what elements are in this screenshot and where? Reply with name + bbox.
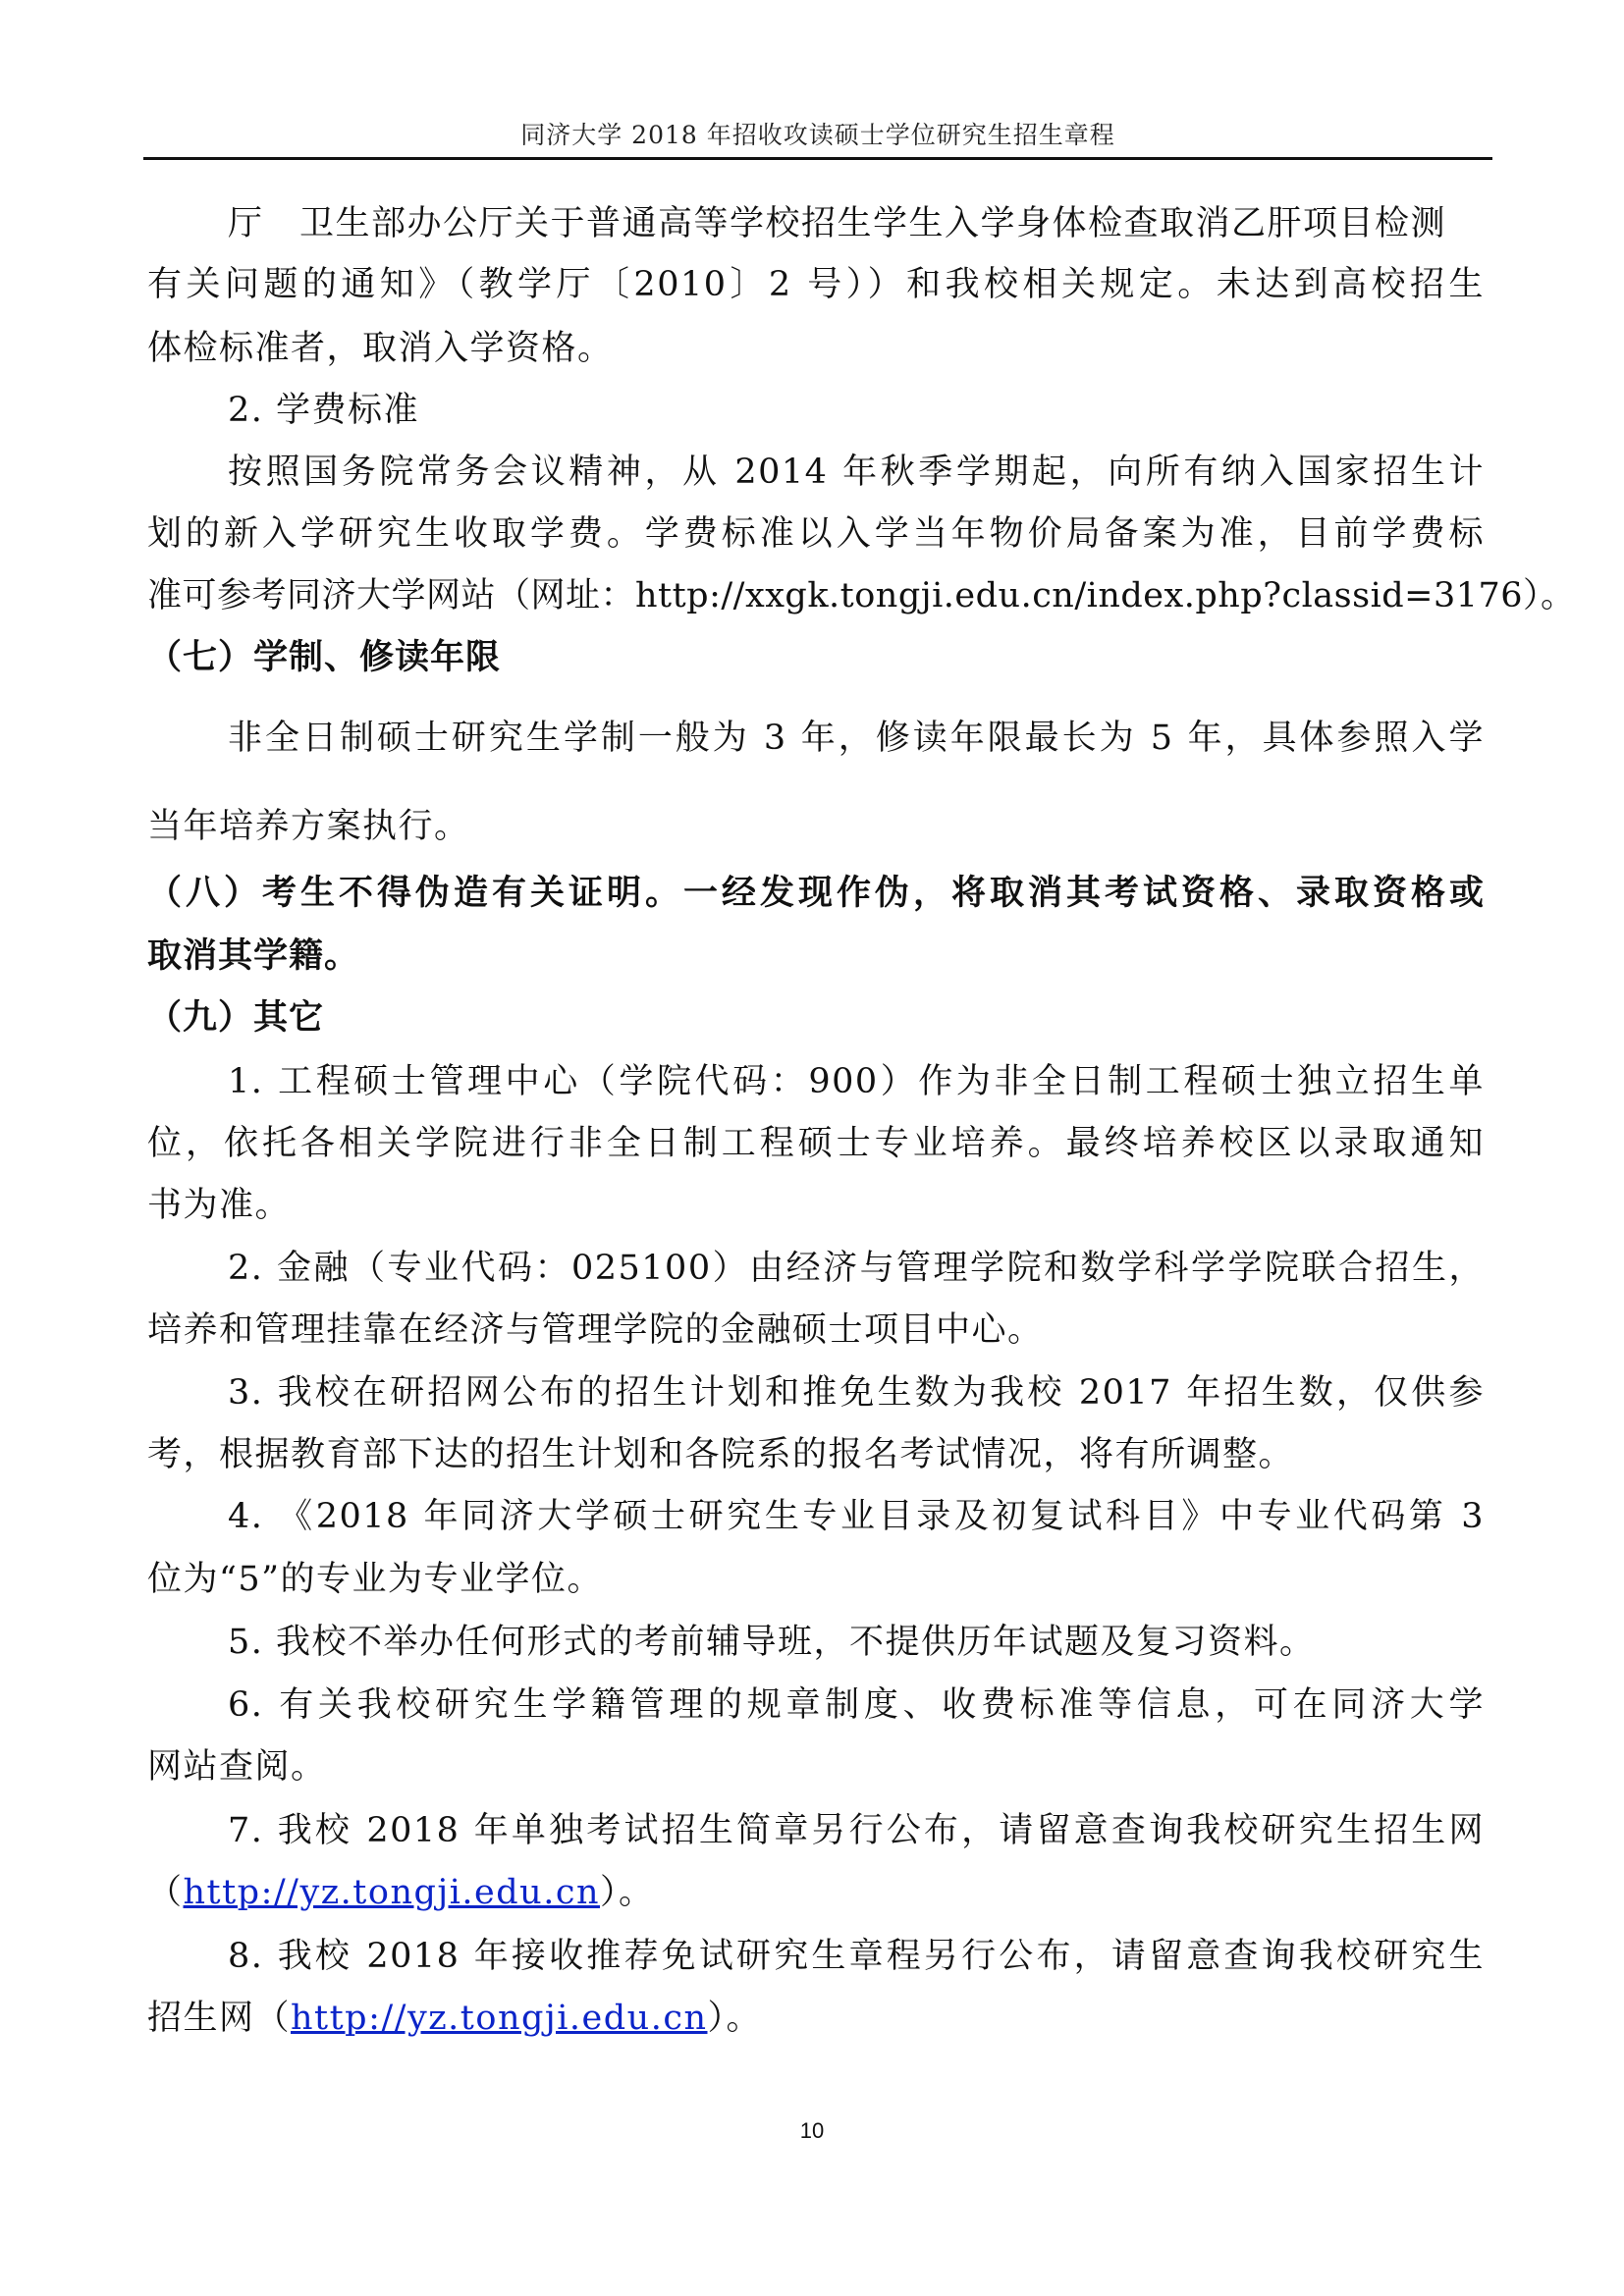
- paragraph-line: 划的新入学研究生收取学费。学费标准以入学当年物价局备案为准，目前学费标: [147, 512, 1485, 556]
- section-heading: （九）其它: [147, 996, 1485, 1040]
- paragraph-line: 1. 工程硕士管理中心（学院代码：900）作为非全日制工程硕士独立招生单: [147, 1060, 1485, 1103]
- paragraph-line: 7. 我校 2018 年单独考试招生简章另行公布，请留意查询我校研究生招生网: [147, 1809, 1485, 1852]
- paragraph-line: 按照国务院常务会议精神，从 2014 年秋季学期起，向所有纳入国家招生计: [147, 451, 1485, 494]
- paragraph-line: 体检标准者，取消入学资格。: [147, 327, 1485, 370]
- link-suffix: ）。: [708, 1999, 763, 2038]
- paragraph-line: （http://yz.tongji.edu.cn）。: [147, 1871, 1485, 1914]
- paragraph-line: 当年培养方案执行。: [147, 805, 1485, 848]
- link-prefix: 招生网（: [147, 1999, 291, 2038]
- section-heading: 取消其学籍。: [147, 934, 1485, 978]
- admissions-site-link[interactable]: http://yz.tongji.edu.cn: [184, 1873, 600, 1912]
- link-prefix: （: [147, 1873, 184, 1912]
- header-title: 同济大学 2018 年招收攻读硕士学位研究生招生章程: [143, 116, 1492, 151]
- paragraph-line: 2. 金融（专业代码：025100）由经济与管理学院和数学科学学院联合招生，: [147, 1247, 1485, 1290]
- subsection-heading: 2. 学费标准: [147, 389, 1485, 432]
- paragraph-line: 书为准。: [147, 1184, 1485, 1227]
- paragraph-line: 准可参考同济大学网站（网址：http://xxgk.tongji.edu.cn/…: [147, 574, 1485, 617]
- paragraph-line: 6. 有关我校研究生学籍管理的规章制度、收费标准等信息，可在同济大学: [147, 1683, 1485, 1727]
- admissions-site-link[interactable]: http://yz.tongji.edu.cn: [291, 1999, 707, 2038]
- section-heading: （七）学制、修读年限: [147, 636, 1485, 679]
- paragraph-line: 5. 我校不举办任何形式的考前辅导班，不提供历年试题及复习资料。: [147, 1621, 1485, 1664]
- paragraph-line: 位为“5”的专业为专业学位。: [147, 1558, 1485, 1601]
- page-number: 10: [0, 2118, 1624, 2144]
- paragraph-line: 8. 我校 2018 年接收推荐免试研究生章程另行公布，请留意查询我校研究生: [147, 1935, 1485, 1978]
- link-suffix: ）。: [600, 1873, 655, 1912]
- header-rule: [143, 157, 1492, 160]
- paragraph-line: 非全日制硕士研究生学制一般为 3 年，修读年限最长为 5 年，具体参照入学: [147, 717, 1485, 760]
- paragraph-line: 厅 卫生部办公厅关于普通高等学校招生学生入学身体检查取消乙肝项目检测: [147, 202, 1485, 245]
- paragraph-line: 4. 《2018 年同济大学硕士研究生专业目录及初复试科目》中专业代码第 3: [147, 1495, 1485, 1538]
- section-heading: （八）考生不得伪造有关证明。一经发现作伪，将取消其考试资格、录取资格或: [147, 872, 1485, 915]
- paragraph-line: 培养和管理挂靠在经济与管理学院的金融硕士项目中心。: [147, 1308, 1485, 1352]
- paragraph-line: 网站查阅。: [147, 1745, 1485, 1789]
- paragraph-line: 招生网（http://yz.tongji.edu.cn）。: [147, 1997, 1485, 2040]
- paragraph-line: 位，依托各相关学院进行非全日制工程硕士专业培养。最终培养校区以录取通知: [147, 1122, 1485, 1165]
- paragraph-line: 有关问题的通知》（教学厅〔2010〕2 号））和我校相关规定。未达到高校招生: [147, 263, 1485, 306]
- paragraph-line: 考，根据教育部下达的招生计划和各院系的报名考试情况，将有所调整。: [147, 1433, 1485, 1476]
- paragraph-line: 3. 我校在研招网公布的招生计划和推免生数为我校 2017 年招生数，仅供参: [147, 1371, 1485, 1415]
